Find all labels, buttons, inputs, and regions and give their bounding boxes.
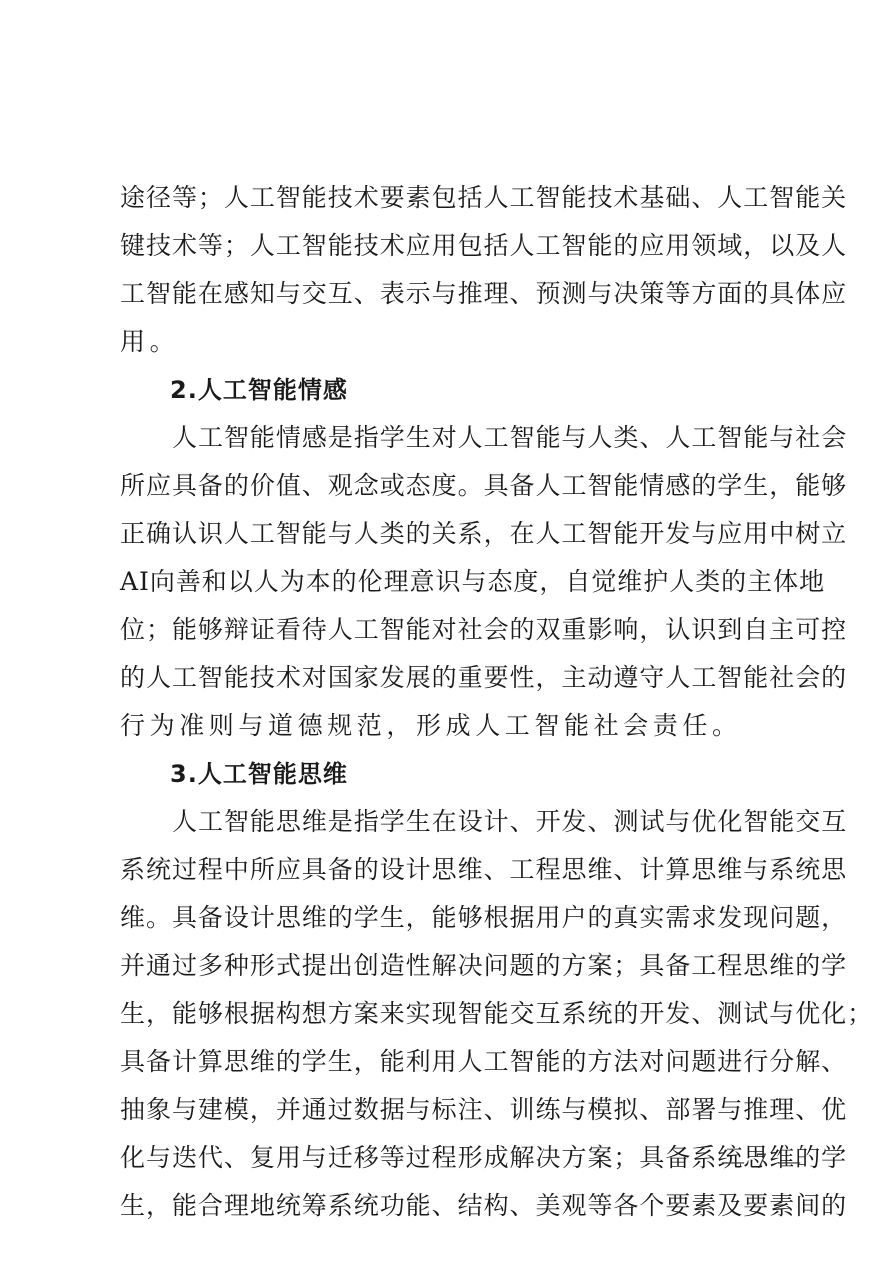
text-line: 人 工 智 能 情 感 是 指 学 生 对 人 工 智 能 与 人 类 、 人 … bbox=[120, 414, 782, 462]
text-line: 行为准则与道德规范，形成人工智能社会责任。 bbox=[120, 702, 782, 750]
text-line: 键 技 术 等 ； 人 工 智 能 技 术 应 用 包 括 人 工 智 能 的 … bbox=[120, 222, 782, 270]
text-line: 人 工 智 能 思 维 是 指 学 生 在 设 计 、 开 发 、 测 试 与 … bbox=[120, 798, 782, 846]
text-line: 抽 象 与 建 模 ， 并 通 过 数 据 与 标 注 、 训 练 与 模 拟 … bbox=[120, 1086, 782, 1134]
text-line: 正 确 认 识 人 工 智 能 与 人 类 的 关 系 ， 在 人 工 智 能 … bbox=[120, 510, 782, 558]
text-line: 用。 bbox=[120, 318, 782, 366]
text-line: 位 ； 能 够 辩 证 看 待 人 工 智 能 对 社 会 的 双 重 影 响 … bbox=[120, 606, 782, 654]
text-line: A I 向 善 和 以 人 为 本 的 伦 理 意 识 与 态 度 ， 自 觉 … bbox=[120, 558, 782, 606]
text-line: 并 通 过 多 种 形 式 提 出 创 造 性 解 决 问 题 的 方 案 ； … bbox=[120, 942, 782, 990]
text-line: 途 径 等 ； 人 工 智 能 技 术 要 素 包 括 人 工 智 能 技 术 … bbox=[120, 174, 782, 222]
text-line: 工 智 能 在 感 知 与 交 互 、 表 示 与 推 理 、 预 测 与 决 … bbox=[120, 270, 782, 318]
text-line: 的 人 工 智 能 技 术 对 国 家 发 展 的 重 要 性 ， 主 动 遵 … bbox=[120, 654, 782, 702]
text-line: 所 应 具 备 的 价 值 、 观 念 或 态 度 。 具 备 人 工 智 能 … bbox=[120, 462, 782, 510]
section-heading-ai-emotion: 2.人工智能情感 bbox=[120, 366, 782, 414]
text-line: 生 ， 能 够 根 据 构 想 方 案 来 实 现 智 能 交 互 系 统 的 … bbox=[120, 990, 782, 1038]
document-page: 途 径 等 ； 人 工 智 能 技 术 要 素 包 括 人 工 智 能 技 术 … bbox=[120, 174, 782, 1230]
text-line: 生 ， 能 合 理 地 统 筹 系 统 功 能 、 结 构 、 美 观 等 各 … bbox=[120, 1182, 782, 1230]
section-heading-ai-thinking: 3.人工智能思维 bbox=[120, 750, 782, 798]
text-line: 系 统 过 程 中 所 应 具 备 的 设 计 思 维 、 工 程 思 维 、 … bbox=[120, 846, 782, 894]
text-line: 具 备 计 算 思 维 的 学 生 ， 能 利 用 人 工 智 能 的 方 法 … bbox=[120, 1038, 782, 1086]
page-number: — 7 — bbox=[722, 1148, 803, 1174]
text-line: 化 与 迭 代 、 复 用 与 迁 移 等 过 程 形 成 解 决 方 案 ； … bbox=[120, 1134, 782, 1182]
text-line: 维 。 具 备 设 计 思 维 的 学 生 ， 能 够 根 据 用 户 的 真 … bbox=[120, 894, 782, 942]
